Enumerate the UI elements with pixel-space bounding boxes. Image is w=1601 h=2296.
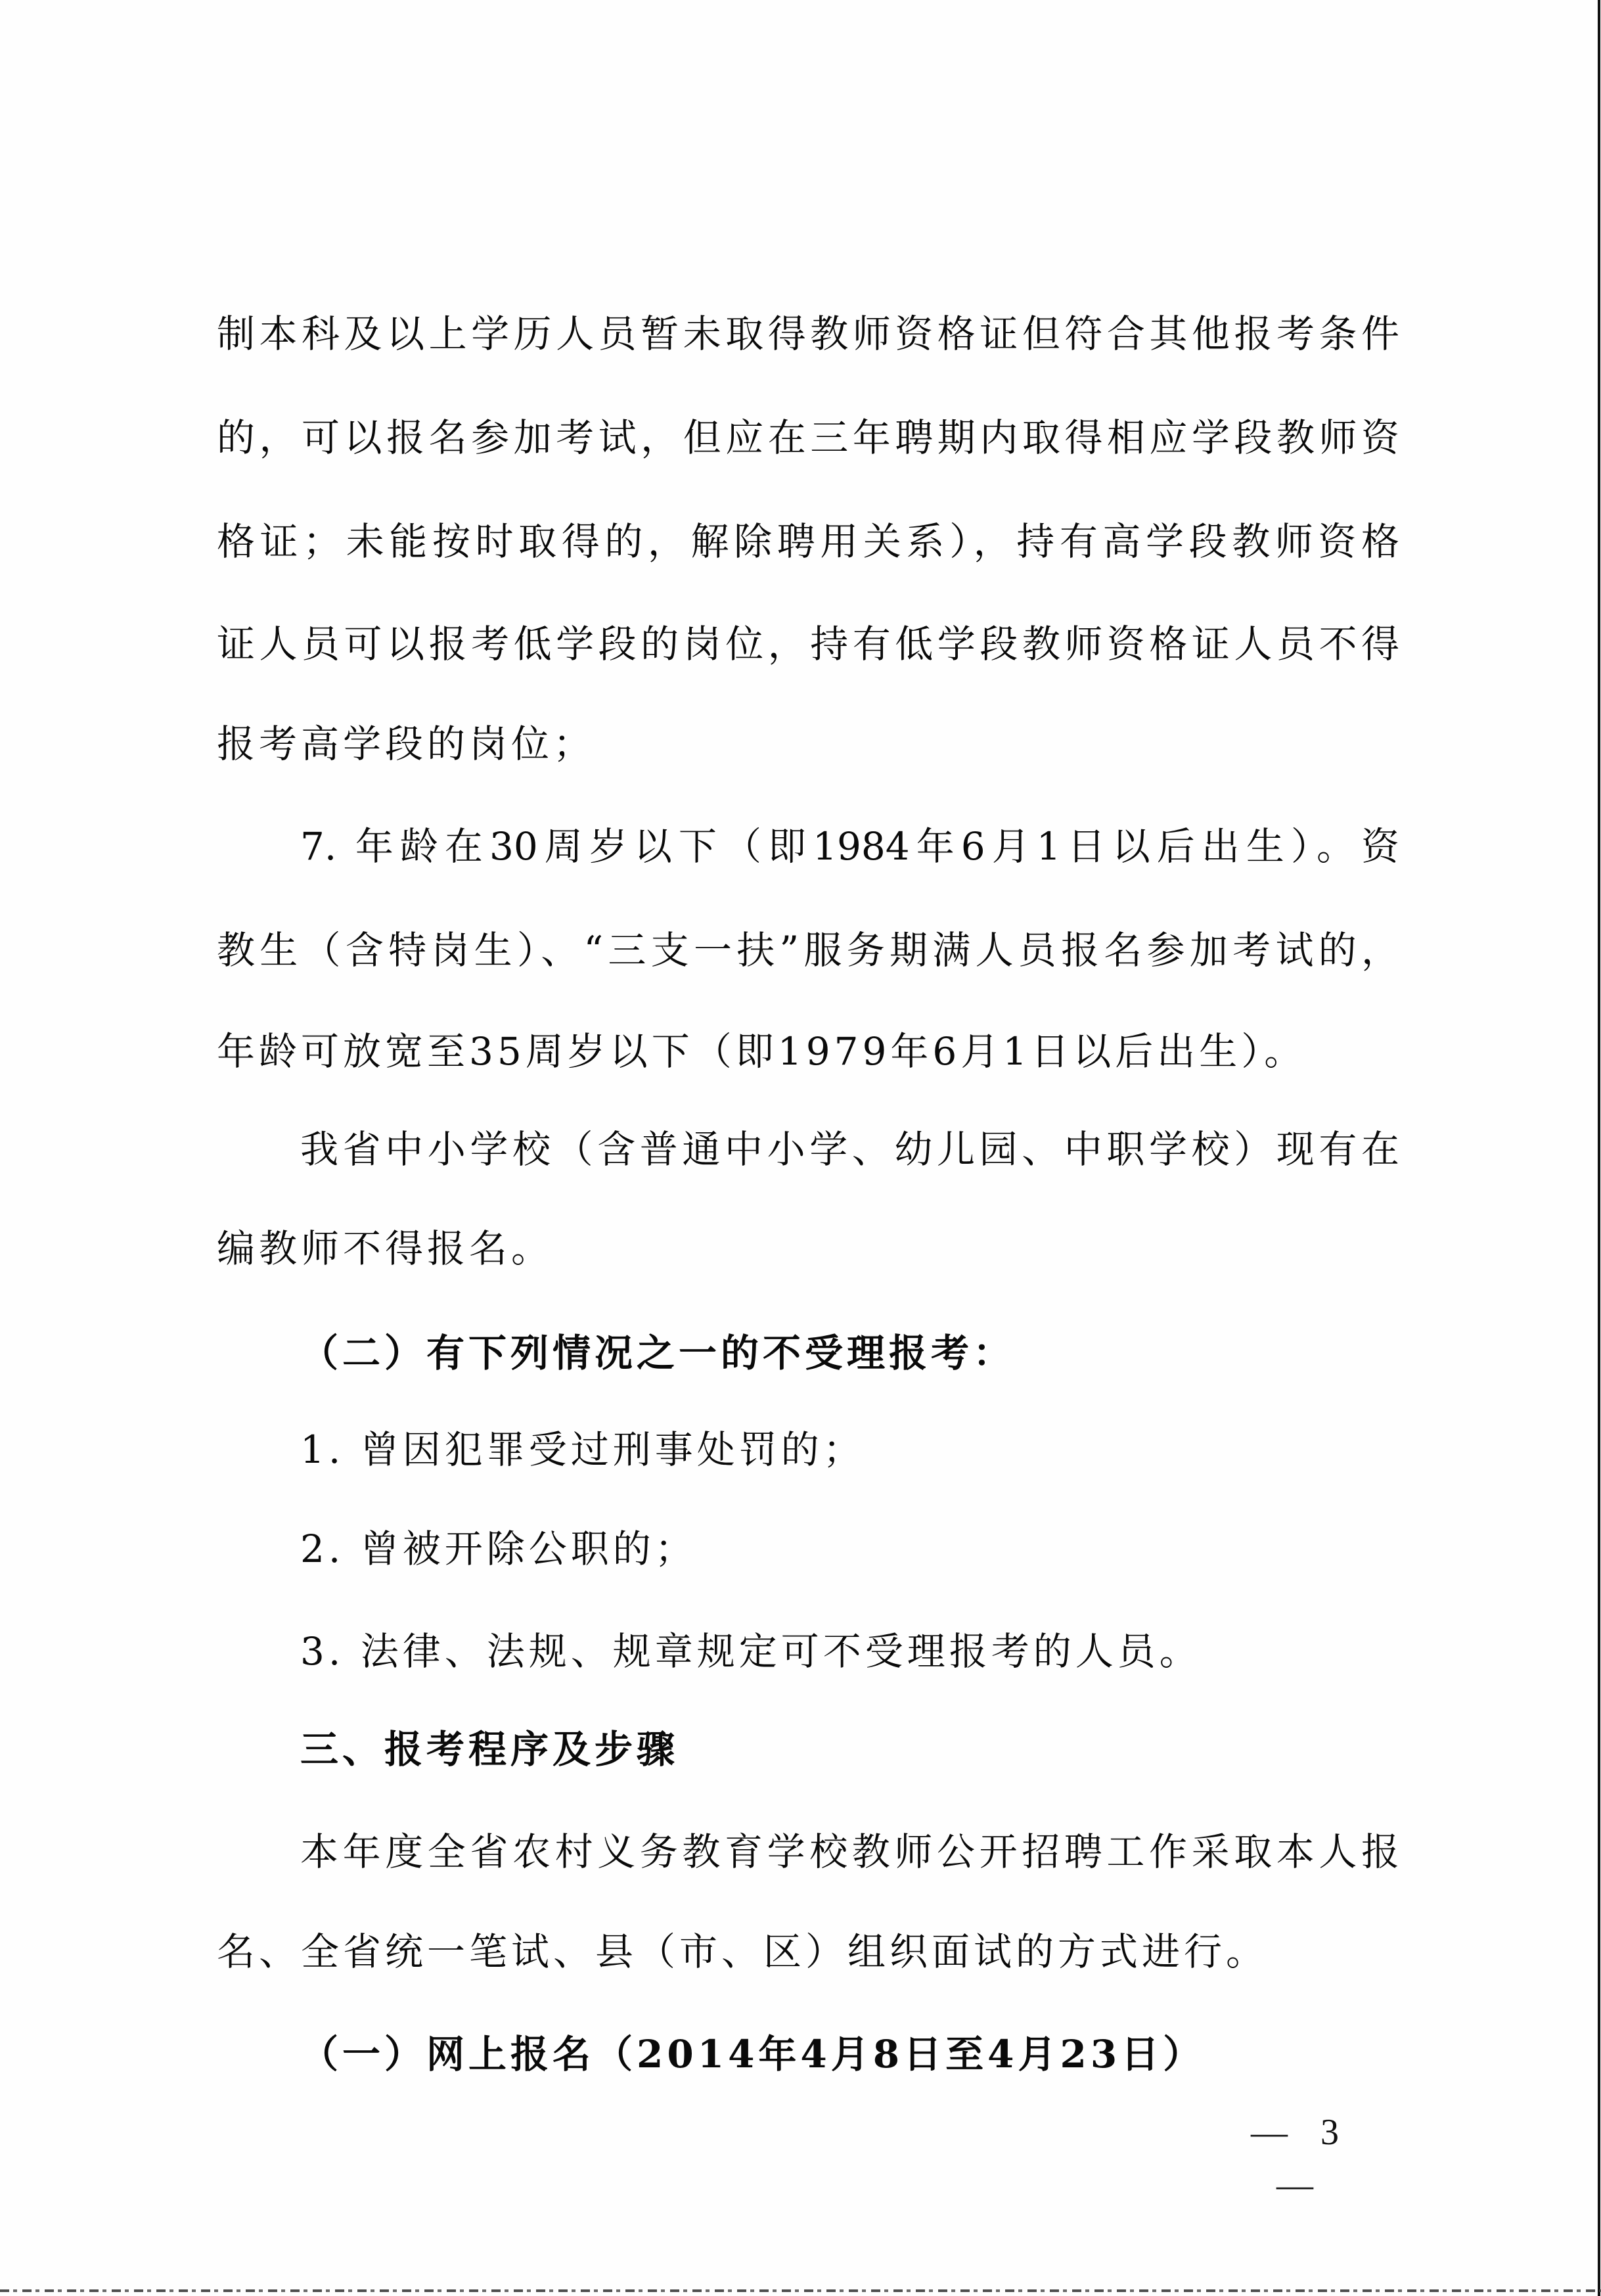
list-item-1: 1. 曾因犯罪受过刑事处罚的； [300,1423,865,1476]
page-number: — 3 — [1222,2106,1380,2159]
paragraph-line: 教生（含特岗生）、“三支一扶”服务期满人员报名参加考试的， [217,924,1399,976]
paragraph-line: 的，可以报名参加考试，但应在三年聘期内取得相应学段教师资 [217,411,1399,464]
subheading-2: （二）有下列情况之一的不受理报考： [300,1327,1015,1379]
paragraph-line: 我省中小学校（含普通中小学、幼儿园、中职学校）现有在 [300,1123,1399,1176]
paragraph-line: 证人员可以报考低学段的岗位，持有低学段教师资格证人员不得 [217,618,1399,670]
paragraph-line: 编教师不得报名。 [217,1222,553,1275]
subheading-1: （一）网上报名（2014年4月8日至4月23日） [300,2028,1205,2080]
paragraph-line: 格证；未能按时取得的，解除聘用关系），持有高学段教师资格 [217,515,1399,568]
paragraph-line: 报考高学段的岗位； [217,718,595,770]
paragraph-line: 制本科及以上学历人员暂未取得教师资格证但符合其他报考条件 [217,308,1399,360]
paragraph-line: 名、全省统一笔试、县（市、区）组织面试的方式进行。 [217,1925,1268,1978]
section-heading-3: 三、报考程序及步骤 [300,1723,679,1776]
list-item-7: 7. 年龄在30周岁以下（即1984年6月1日以后出生）。资 [300,820,1399,873]
document-page: 制本科及以上学历人员暂未取得教师资格证但符合其他报考条件 的，可以报名参加考试，… [0,0,1601,2296]
paragraph-line: 本年度全省农村义务教育学校教师公开招聘工作采取本人报 [300,1825,1399,1878]
list-item-3: 3. 法律、法规、规章规定可不受理报考的人员。 [300,1625,1202,1678]
scan-edge-line [1598,0,1600,2296]
list-item-2: 2. 曾被开除公职的； [300,1523,697,1575]
scan-bottom-artifact [0,2289,1601,2292]
paragraph-line: 年龄可放宽至35周岁以下（即1979年6月1日以后出生）。 [217,1025,1306,1078]
